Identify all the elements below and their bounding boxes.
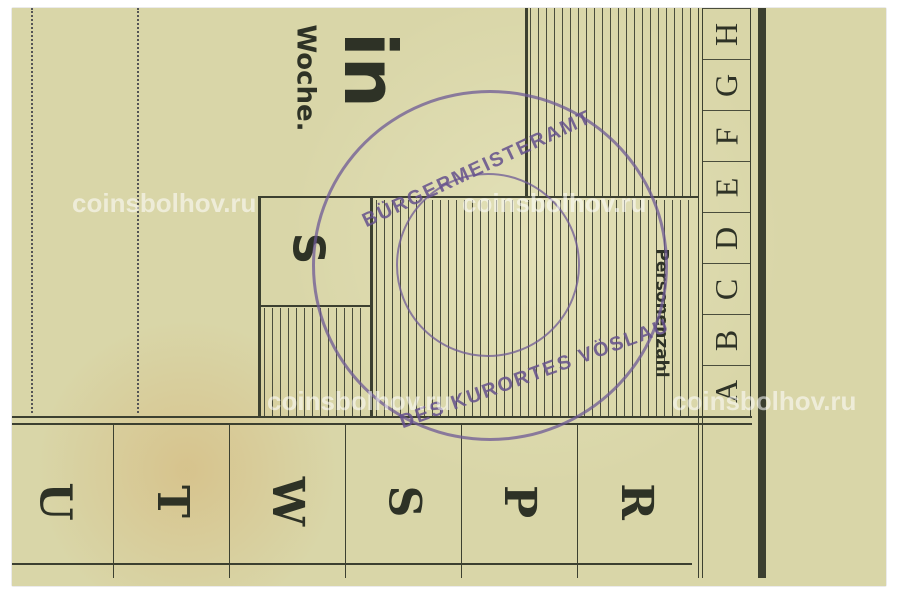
coupon-cell: S (345, 425, 462, 578)
perforation-line (31, 8, 33, 413)
person-column-b: B (703, 314, 750, 366)
person-column-g: G (703, 59, 750, 111)
thick-rule (758, 8, 766, 578)
coupon-cell: R (577, 425, 694, 578)
coupon-letter: P (495, 485, 546, 518)
grid-line (258, 196, 261, 418)
ration-card: in Woche. S Personenzahl ABCDEFGH UTWSPR… (12, 8, 886, 586)
coupon-cell: T (113, 425, 230, 578)
heading-fragment: in (328, 32, 412, 108)
watermark: coinsbolhov.ru (267, 386, 451, 417)
person-column-letter: F (708, 128, 745, 146)
watermark: coinsbolhov.ru (72, 188, 256, 219)
person-column-f: F (703, 110, 750, 162)
coupon-cell: U (0, 425, 113, 578)
person-column-h: H (703, 8, 750, 60)
coupon-letter: W (262, 477, 313, 526)
person-column-letter: D (708, 227, 745, 250)
coupon-letter: R (610, 483, 661, 520)
coupon-letter: U (30, 482, 81, 520)
person-column-letter: E (708, 178, 745, 198)
person-column-letter: B (708, 330, 745, 351)
watermark: coinsbolhov.ru (672, 386, 856, 417)
coupon-cell: W (229, 425, 346, 578)
person-column-c: C (703, 263, 750, 315)
person-column-e: E (703, 161, 750, 213)
person-column-letter: G (708, 74, 745, 97)
coupon-cell: P (461, 425, 578, 578)
coupon-letter: S (379, 486, 430, 518)
week-label: Woche. (291, 24, 321, 131)
grid-line (750, 8, 751, 416)
person-column-letter: H (708, 23, 745, 46)
watermark: coinsbolhov.ru (462, 188, 646, 219)
person-column-letter: C (708, 279, 745, 300)
grid-line (698, 8, 699, 578)
person-column-d: D (703, 212, 750, 264)
coupon-letter: T (147, 485, 198, 518)
